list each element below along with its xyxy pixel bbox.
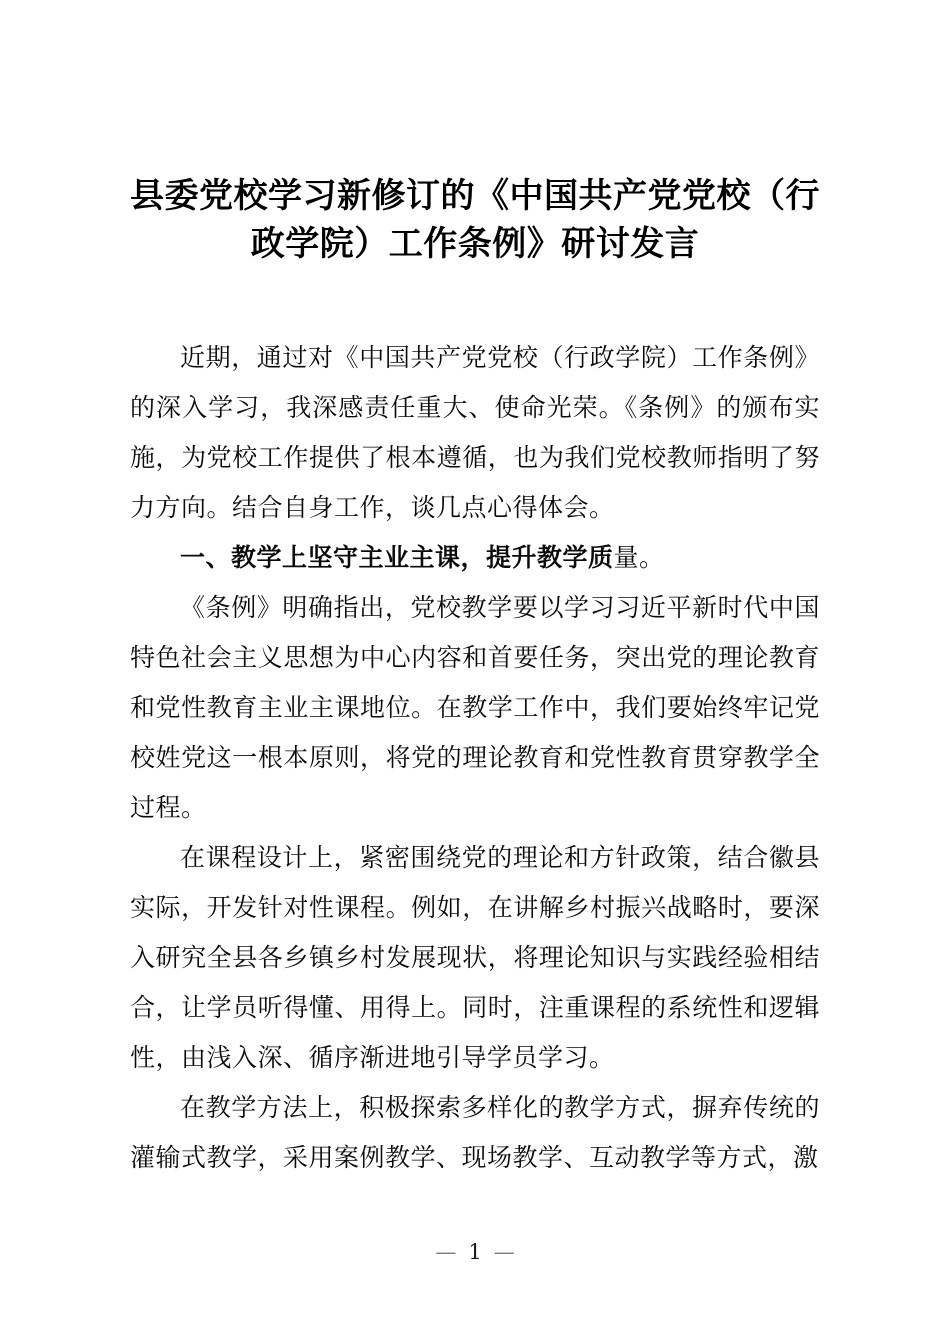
page-footer: —1— xyxy=(0,1238,950,1266)
paragraph-regulation: 《条例》明确指出，党校教学要以学习习近平新时代中国特色社会主义思想为中心内容和首… xyxy=(130,583,820,833)
document-body: 近期，通过对《中国共产党党校（行政学院）工作条例》的深入学习，我深感责任重大、使… xyxy=(130,333,820,1183)
paragraph-teaching-methods: 在教学方法上，积极探索多样化的教学方式，摒弃传统的灌输式教学，采用案例教学、现场… xyxy=(130,1083,820,1183)
footer-left-dash: — xyxy=(435,1240,456,1264)
section-heading-regular-text: 量。 xyxy=(614,543,665,572)
paragraph-course-design: 在课程设计上，紧密围绕党的理论和方针政策，结合徽县实际，开发针对性课程。例如，在… xyxy=(130,833,820,1083)
document-title: 县委党校学习新修订的《中国共产党党校（行 政学院）工作条例》研讨发言 xyxy=(0,172,950,268)
document-title-line-1: 县委党校学习新修订的《中国共产党党校（行 xyxy=(0,172,950,220)
document-title-line-2: 政学院）工作条例》研讨发言 xyxy=(0,220,950,268)
paragraph-intro: 近期，通过对《中国共产党党校（行政学院）工作条例》的深入学习，我深感责任重大、使… xyxy=(130,333,820,533)
document-page: 县委党校学习新修订的《中国共产党党校（行 政学院）工作条例》研讨发言 近期，通过… xyxy=(0,0,950,1344)
section-heading-bold-text: 一、教学上坚守主业主课，提升教学质 xyxy=(180,543,614,572)
footer-right-dash: — xyxy=(494,1240,515,1264)
page-number: 1 xyxy=(468,1238,481,1266)
section-heading: 一、教学上坚守主业主课，提升教学质量。 xyxy=(130,533,820,583)
